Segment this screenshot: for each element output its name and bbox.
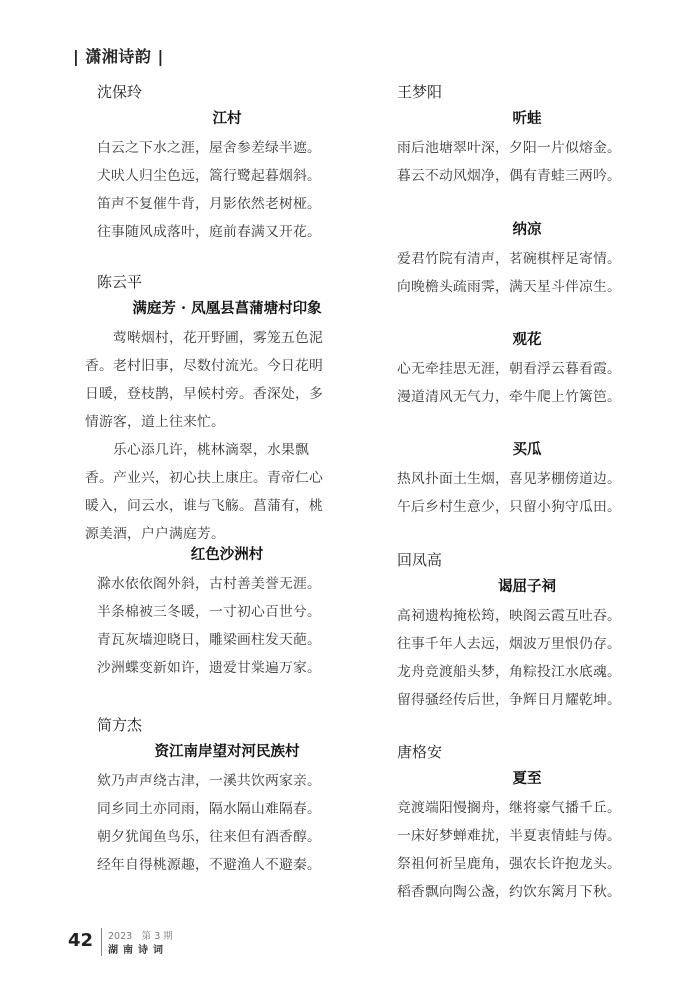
- poem-line: 漫道清风无气力，牵牛爬上竹篱笆。: [397, 383, 657, 411]
- poem-title: 满庭芳 · 凤凰县菖蒲塘村印象: [97, 294, 357, 324]
- footer-divider: [101, 928, 102, 956]
- poet-name: 简方杰: [97, 713, 357, 737]
- poem-title: 观花: [397, 325, 657, 355]
- poet-entry: 简方杰 资江南岸望对河民族村 欸乃声声绕古津，一溪共饮两家亲。 同乡同土亦同雨，…: [97, 713, 357, 879]
- poet-entry: 沈保玲 江村 白云之下水之涯，屋舍参差绿半遮。 犬吠人归尘色远，篙行鹭起暮烟斜。…: [97, 80, 357, 246]
- poem-line: 犬吠人归尘色远，篙行鹭起暮烟斜。: [97, 162, 357, 190]
- poem-line: 欸乃声声绕古津，一溪共饮两家亲。: [97, 767, 357, 795]
- poem-line: 祭祖何祈呈鹿角，强农长许抱龙头。: [397, 850, 657, 878]
- poet-name: 王梦阳: [397, 80, 657, 104]
- poem-line: 竞渡端阳慢搁舟，继将豪气播千丘。: [397, 794, 657, 822]
- poem-line: 青瓦灰墙迎晓日，雕梁画柱发天葩。: [97, 626, 357, 654]
- poet-name: 沈保玲: [97, 80, 357, 104]
- poem-line: 暮云不动风烟净，偶有青蛙三两吟。: [397, 162, 657, 190]
- magazine-name: 湖南诗词: [108, 941, 168, 956]
- poem-line: 向晚檐头疏雨霁，满天星斗伴凉生。: [397, 273, 657, 301]
- poem-block: 买瓜 热风扑面土生烟，喜见茅棚傍道边。 午后乡村生意少，只留小狗守瓜田。: [397, 435, 657, 521]
- poem-line: 半条棉被三冬暖，一寸初心百世兮。: [97, 598, 357, 626]
- poem-line: 留得骚经传后世，争辉日月耀乾坤。: [397, 686, 657, 714]
- poem-line: 热风扑面土生烟，喜见茅棚傍道边。: [397, 465, 657, 493]
- poem-title: 江村: [97, 104, 357, 134]
- poet-entry: 回凤高 谒屈子祠 高祠遗构掩松筠，映阁云霞互吐吞。 往事千年人去远，烟波万里恨仍…: [397, 548, 657, 714]
- poem-line: 白云之下水之涯，屋舍参差绿半遮。: [97, 134, 357, 162]
- poet-name: 唐格安: [397, 740, 657, 764]
- section-header: | 潇湘诗韵 |: [73, 44, 164, 67]
- ci-text: 莺啭烟村，花开野圃，雾笼五色泥香。老村旧事，尽数付流光。今日花明日暖，登枝鹊，早…: [85, 324, 333, 436]
- ci-paragraph: 莺啭烟村，花开野圃，雾笼五色泥香。老村旧事，尽数付流光。今日花明日暖，登枝鹊，早…: [85, 324, 337, 548]
- poem-line: 午后乡村生意少，只留小狗守瓜田。: [397, 493, 657, 521]
- poem-line: 同乡同土亦同雨，隔水隔山难隔春。: [97, 795, 357, 823]
- poem-line: 往事千年人去远，烟波万里恨仍存。: [397, 630, 657, 658]
- poem-line: 龙舟竞渡船头梦，角粽投江水底魂。: [397, 658, 657, 686]
- poem-title: 谒屈子祠: [397, 572, 657, 602]
- poem-title: 夏至: [397, 764, 657, 794]
- poet-entry: 陈云平 满庭芳 · 凤凰县菖蒲塘村印象 莺啭烟村，花开野圃，雾笼五色泥香。老村旧…: [97, 270, 357, 548]
- poem-block: 观花 心无牵挂思无涯，朝看浮云暮看霞。 漫道清风无气力，牵牛爬上竹篱笆。: [397, 325, 657, 411]
- poem-line: 雨后池塘翠叶深，夕阳一片似熔金。: [397, 134, 657, 162]
- poem-title: 资江南岸望对河民族村: [97, 737, 357, 767]
- poet-entry: 王梦阳 听蛙 雨后池塘翠叶深，夕阳一片似熔金。 暮云不动风烟净，偶有青蛙三两吟。: [397, 80, 657, 190]
- poem-title: 买瓜: [397, 435, 657, 465]
- poem-title: 红色沙洲村: [97, 540, 357, 570]
- poet-entry: 唐格安 夏至 竞渡端阳慢搁舟，继将豪气播千丘。 一床好梦蝉难扰，半夏衷情蛙与俦。…: [397, 740, 657, 906]
- poem-line: 高祠遗构掩松筠，映阁云霞互吐吞。: [397, 602, 657, 630]
- poem-line: 沙洲蝶变新如许，遗爱甘棠遍万家。: [97, 654, 357, 682]
- poem-line: 经年自得桃源趣，不避渔人不避秦。: [97, 851, 357, 879]
- poem-line: 爱君竹院有清声，茗碗棋枰足寄情。: [397, 245, 657, 273]
- poem-line: 稻香飘向陶公盏，约饮东篱月下秋。: [397, 878, 657, 906]
- poem-line: 往事随风成落叶，庭前春满又开花。: [97, 218, 357, 246]
- issue-label: 2023 第 3 期: [108, 928, 173, 942]
- poem-line: 笛声不复催牛背，月影依然老树桠。: [97, 190, 357, 218]
- poem-line: 朝夕犹闻鱼鸟乐，往来但有酒香醇。: [97, 823, 357, 851]
- page-number: 42: [68, 930, 93, 951]
- ci-text: 乐心添几许，桃林滴翠，水果飘香。产业兴，初心扶上康庄。青帝仁心暖入，问云水，谁与…: [85, 436, 333, 548]
- poem-title: 听蛙: [397, 104, 657, 134]
- poem-block: 红色沙洲村 滁水依依阁外斜，古村善美誉无涯。 半条棉被三冬暖，一寸初心百世兮。 …: [97, 540, 357, 682]
- poem-title: 纳凉: [397, 215, 657, 245]
- poem-line: 滁水依依阁外斜，古村善美誉无涯。: [97, 570, 357, 598]
- poet-name: 回凤高: [397, 548, 657, 572]
- poet-name: 陈云平: [97, 270, 357, 294]
- poem-line: 心无牵挂思无涯，朝看浮云暮看霞。: [397, 355, 657, 383]
- poem-line: 一床好梦蝉难扰，半夏衷情蛙与俦。: [397, 822, 657, 850]
- poem-block: 纳凉 爱君竹院有清声，茗碗棋枰足寄情。 向晚檐头疏雨霁，满天星斗伴凉生。: [397, 215, 657, 301]
